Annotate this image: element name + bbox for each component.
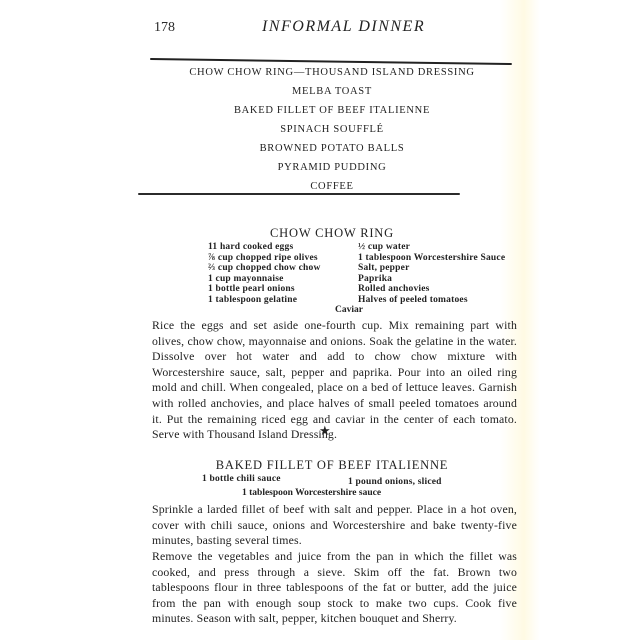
ingredient: 1 tablespoon gelatine bbox=[208, 295, 321, 306]
ingredient: 1 bottle chili sauce bbox=[202, 474, 281, 485]
menu-item: BROWNED POTATO BALLS bbox=[152, 139, 512, 158]
menu-item: BAKED FILLET OF BEEF ITALIENNE bbox=[152, 101, 512, 120]
recipe-method: Remove the vegetables and juice from the… bbox=[152, 549, 517, 627]
ingredient: 1 pound onions, sliced bbox=[348, 477, 442, 488]
ingredients-right-column: ½ cup water 1 tablespoon Worcestershire … bbox=[358, 242, 505, 305]
ingredient: 1 cup mayonnaise bbox=[208, 274, 321, 285]
recipe-method: Rice the eggs and set aside one-fourth c… bbox=[152, 318, 517, 443]
ingredients-left-column: 11 hard cooked eggs ⅞ cup chopped ripe o… bbox=[208, 242, 321, 305]
ingredient: ⅞ cup chopped ripe olives bbox=[208, 253, 321, 264]
ingredient: 1 tablespoon Worcestershire Sauce bbox=[358, 253, 505, 264]
running-title: INFORMAL DINNER bbox=[262, 18, 425, 36]
recipe-title: BAKED FILLET OF BEEF ITALIENNE bbox=[152, 458, 512, 473]
menu-divider-rule bbox=[138, 193, 460, 195]
running-head: 178 INFORMAL DINNER bbox=[152, 18, 512, 38]
ingredient-center: 1 tablespoon Worcestershire sauce bbox=[242, 488, 381, 498]
ingredient: ⅔ cup chopped chow chow bbox=[208, 263, 321, 274]
ingredient: 1 bottle pearl onions bbox=[208, 284, 321, 295]
menu-item: CHOW CHOW RING—THOUSAND ISLAND DRESSING bbox=[152, 63, 512, 82]
book-page: 178 INFORMAL DINNER CHOW CHOW RING—THOUS… bbox=[152, 0, 512, 640]
recipe-method: Sprinkle a larded fillet of beef with sa… bbox=[152, 502, 517, 549]
ingredient: 11 hard cooked eggs bbox=[208, 242, 321, 253]
recipe-title: CHOW CHOW RING bbox=[152, 226, 512, 241]
ingredient: ½ cup water bbox=[358, 242, 505, 253]
star-separator-icon: ★ bbox=[319, 423, 331, 439]
ingredient: Rolled anchovies bbox=[358, 284, 505, 295]
menu-item: MELBA TOAST bbox=[152, 82, 512, 101]
menu-item: PYRAMID PUDDING bbox=[152, 158, 512, 177]
ingredients-right-column: 1 pound onions, sliced bbox=[348, 477, 442, 488]
menu-item: SPINACH SOUFFLÉ bbox=[152, 120, 512, 139]
menu-list: CHOW CHOW RING—THOUSAND ISLAND DRESSING … bbox=[152, 63, 512, 196]
ingredients-left-column: 1 bottle chili sauce bbox=[202, 474, 281, 485]
ingredient: Paprika bbox=[358, 274, 505, 285]
ingredient: Halves of peeled tomatoes bbox=[358, 295, 505, 306]
ingredient: Salt, pepper bbox=[358, 263, 505, 274]
ingredient-center: Caviar bbox=[335, 305, 363, 315]
page-number: 178 bbox=[154, 20, 175, 36]
